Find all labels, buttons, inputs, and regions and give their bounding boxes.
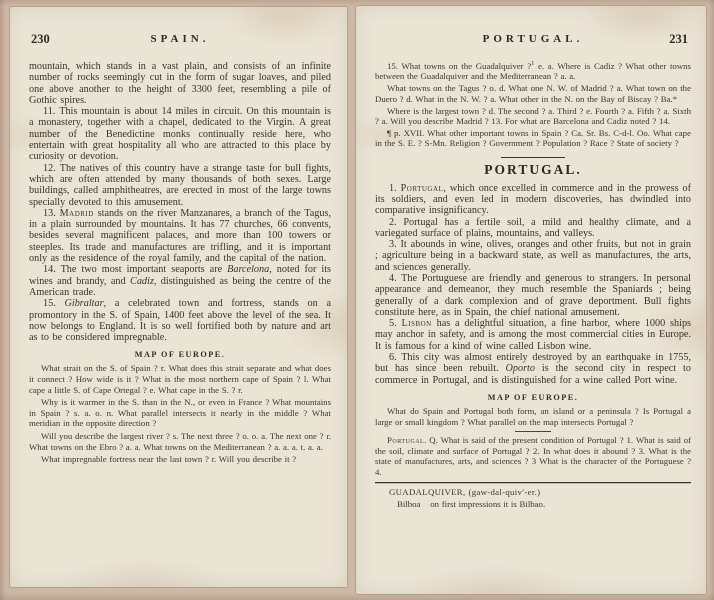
question-paragraph: Where is the largest town ? d. The secon… bbox=[375, 106, 691, 126]
question-paragraph: ¶ p. XVII. What other important towns in… bbox=[375, 128, 691, 148]
review-divider bbox=[515, 431, 551, 432]
question-paragraph: What do Spain and Portugal both form, an… bbox=[375, 406, 691, 427]
map-of-europe-heading-right: MAP OF EUROPE. bbox=[375, 393, 691, 402]
page-number-right: 231 bbox=[669, 32, 688, 47]
map-of-europe-heading-left: MAP OF EUROPE. bbox=[29, 350, 331, 359]
footnote-bilboa: Bilboa on first impressions it is Bilbao… bbox=[375, 499, 691, 510]
page-number-left: 230 bbox=[31, 32, 50, 47]
question-paragraph: What impregnable fortress near the last … bbox=[29, 454, 331, 465]
paragraph-3: 3. It abounds in wine, olives, oranges a… bbox=[375, 239, 691, 273]
paragraph-14: 14. The two most important seaports are … bbox=[29, 264, 331, 298]
paragraph-4: 4. The Portuguese are friendly and gener… bbox=[375, 273, 691, 318]
book-scan: 230 SPAIN. mountain, which stands in a v… bbox=[0, 0, 714, 600]
question-paragraph: What towns on the Tagus ? o. d. What one… bbox=[375, 83, 691, 103]
right-body-text: 1. Portugal, which once excelled in comm… bbox=[375, 183, 691, 386]
left-questions: What strait on the S. of Spain ? r. What… bbox=[29, 363, 331, 464]
paragraph-12: 12. The natives of this country have a s… bbox=[29, 163, 331, 208]
question-paragraph: Will you describe the largest river ? s.… bbox=[29, 431, 331, 452]
running-head-right: PORTUGAL. 231 bbox=[375, 33, 691, 48]
paragraph-13: 13. Madrid stands on the river Manzanare… bbox=[29, 208, 331, 264]
review-questions: Portugal. Q. What is said of the present… bbox=[375, 435, 691, 477]
page-left: 230 SPAIN. mountain, which stands in a v… bbox=[10, 7, 347, 587]
running-title-portugal: PORTUGAL. bbox=[375, 33, 691, 45]
paragraph-11: 11. This mountain is about 14 miles in c… bbox=[29, 106, 331, 162]
footnotes: GUADALQUIVER, (gaw-dal-quiv′-er.) Bilboa… bbox=[375, 487, 691, 510]
footnote-divider bbox=[375, 482, 691, 483]
paragraph-15: 15. Gibraltar, a celebrated town and for… bbox=[29, 298, 331, 343]
paragraph-continuation: mountain, which stands in a vast plain, … bbox=[29, 61, 331, 106]
paragraph-5: 5. Lisbon has a delightful situation, a … bbox=[375, 318, 691, 352]
question-paragraph: What strait on the S. of Spain ? r. What… bbox=[29, 363, 331, 395]
left-body-text: mountain, which stands in a vast plain, … bbox=[29, 61, 331, 343]
section-divider bbox=[501, 157, 565, 158]
right-top-questions: 15. What towns on the Guadalquiver ?1 e.… bbox=[375, 61, 691, 149]
running-head-left: 230 SPAIN. bbox=[29, 33, 331, 48]
page-right: PORTUGAL. 231 15. What towns on the Guad… bbox=[356, 6, 706, 594]
footnote-guadalquiver: GUADALQUIVER, (gaw-dal-quiv′-er.) bbox=[375, 487, 691, 498]
right-map-questions: What do Spain and Portugal both form, an… bbox=[375, 406, 691, 427]
running-title-spain: SPAIN. bbox=[29, 33, 331, 45]
paragraph-2: 2. Portugal has a fertile soil, a mild a… bbox=[375, 217, 691, 240]
paragraph-1: 1. Portugal, which once excelled in comm… bbox=[375, 183, 691, 217]
question-paragraph: 15. What towns on the Guadalquiver ?1 e.… bbox=[375, 61, 691, 81]
portugal-section-heading: PORTUGAL. bbox=[375, 162, 691, 178]
paragraph-6: 6. This city was almost entirely destroy… bbox=[375, 352, 691, 386]
question-paragraph: Why is it warmer in the S. than in the N… bbox=[29, 397, 331, 429]
